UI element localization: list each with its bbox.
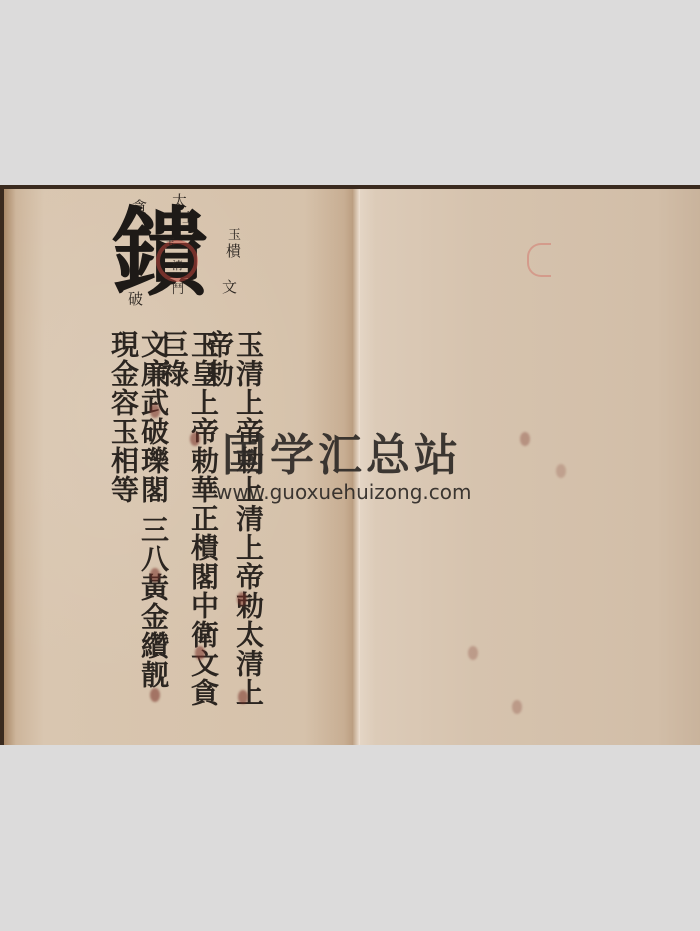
ink-stain [150, 688, 160, 702]
ink-stain [468, 646, 478, 660]
faint-red-stamp [527, 243, 551, 277]
ink-stain [520, 432, 530, 446]
talisman-inner-char-2: 清 [172, 257, 183, 273]
ink-stain [150, 568, 160, 582]
ink-stain [512, 700, 522, 714]
ink-stain [238, 690, 248, 704]
watermark-title: 国学汇总站 [222, 419, 462, 483]
talisman-right-char-3: 文 [222, 276, 237, 297]
talisman-inner-char-3: 鬥 [172, 280, 184, 297]
ink-stain [190, 432, 200, 446]
ink-stain [195, 646, 205, 660]
text-column-3: 文廉武破瓅閣 三八黃金纘靓現金容玉相等 [108, 330, 168, 710]
ink-stain [556, 464, 566, 478]
watermark-url: www.guoxuehuizong.com [216, 480, 472, 504]
talisman-inner-char-1: 玉 [165, 234, 175, 249]
ink-stain [237, 592, 247, 606]
talisman-right-char-2: 樻 [226, 240, 241, 261]
ink-stain [150, 404, 160, 418]
